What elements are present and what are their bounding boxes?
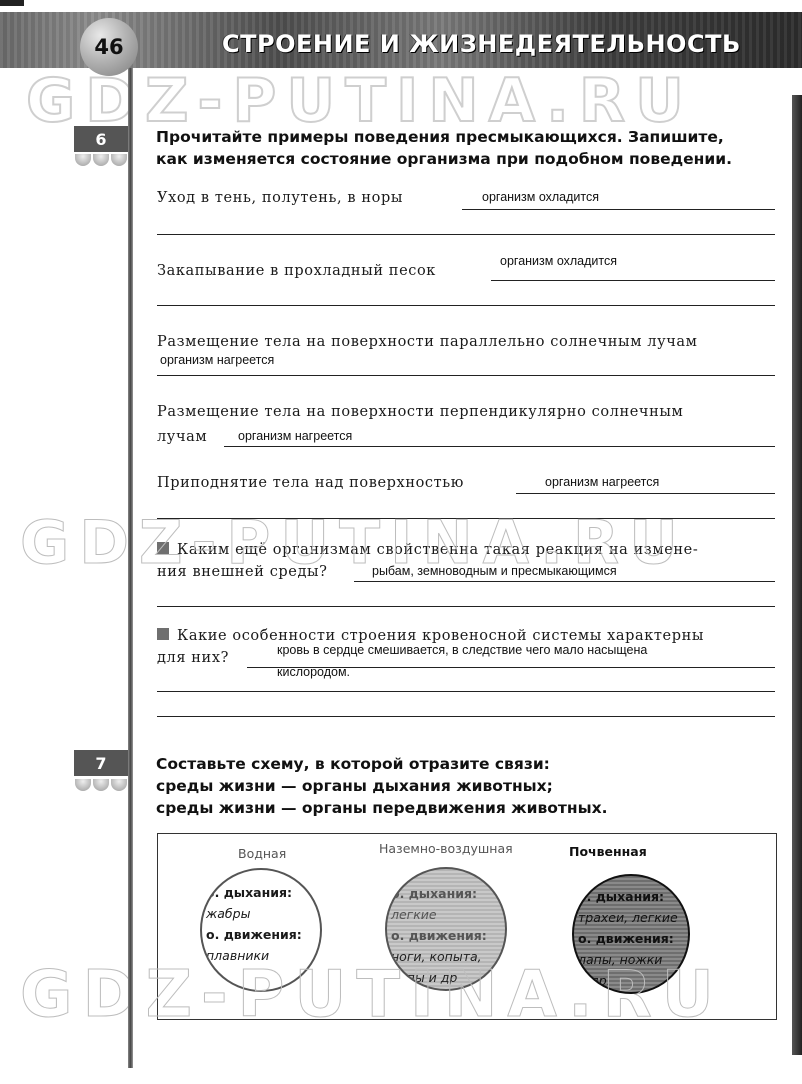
env-label-soil: Почвенная — [569, 844, 647, 859]
answer-line — [224, 446, 775, 447]
difficulty-dots — [74, 154, 128, 168]
answer-line — [157, 716, 775, 717]
task6-item-1: Уход в тень, полутень, в норы — [157, 190, 775, 206]
difficulty-dots — [74, 779, 128, 793]
answer-line — [157, 691, 775, 692]
answer-line — [462, 209, 775, 210]
answer-field[interactable]: кровь в сердце смешивается, в следствие … — [277, 643, 647, 657]
task6-item-4-cont: лучам — [157, 429, 207, 445]
task6-question-2: Какие особенности строения кровеносной с… — [157, 628, 775, 644]
answer-field[interactable]: организм охладится — [500, 254, 617, 268]
task6-item-5: Приподнятие тела над поверхностью — [157, 475, 775, 491]
task6-question-2-cont: для них? — [157, 650, 229, 666]
bullet-square-icon — [157, 628, 169, 640]
watermark: GDZ-PUTINA.RU — [20, 958, 724, 1032]
task-number-6: 6 — [74, 126, 128, 152]
answer-line — [354, 581, 775, 582]
task7-instruction: Составьте схему, в которой отразите связ… — [156, 753, 608, 819]
answer-field[interactable]: организм нагреется — [160, 353, 274, 367]
chapter-title: СТРОЕНИЕ И ЖИЗНЕДЕЯТЕЛЬНОСТЬ — [222, 30, 741, 58]
page-number: 46 — [80, 18, 138, 76]
margin-bar — [128, 68, 133, 1068]
answer-field-cont[interactable]: кислородом. — [277, 665, 350, 679]
env-label-water: Водная — [238, 846, 286, 861]
task-number-7: 7 — [74, 750, 128, 776]
task6-item-2: Закапывание в прохладный песок — [157, 263, 775, 279]
answer-line — [157, 305, 775, 306]
answer-line — [157, 606, 775, 607]
answer-field[interactable]: организм нагреется — [545, 475, 659, 489]
page-edge — [792, 95, 802, 1055]
task6-item-3: Размещение тела на поверхности параллель… — [157, 334, 775, 350]
answer-line — [157, 234, 775, 235]
top-strip — [0, 0, 802, 12]
answer-line — [516, 493, 775, 494]
answer-field[interactable]: организм охладится — [482, 190, 599, 204]
task6-item-4: Размещение тела на поверхности перпендик… — [157, 404, 775, 420]
answer-field[interactable]: организм нагреется — [238, 429, 352, 443]
env-label-land-air: Наземно-воздушная — [379, 841, 513, 856]
answer-line — [157, 375, 775, 376]
answer-line — [491, 280, 775, 281]
watermark: GDZ-PUTINA.RU — [20, 508, 688, 578]
